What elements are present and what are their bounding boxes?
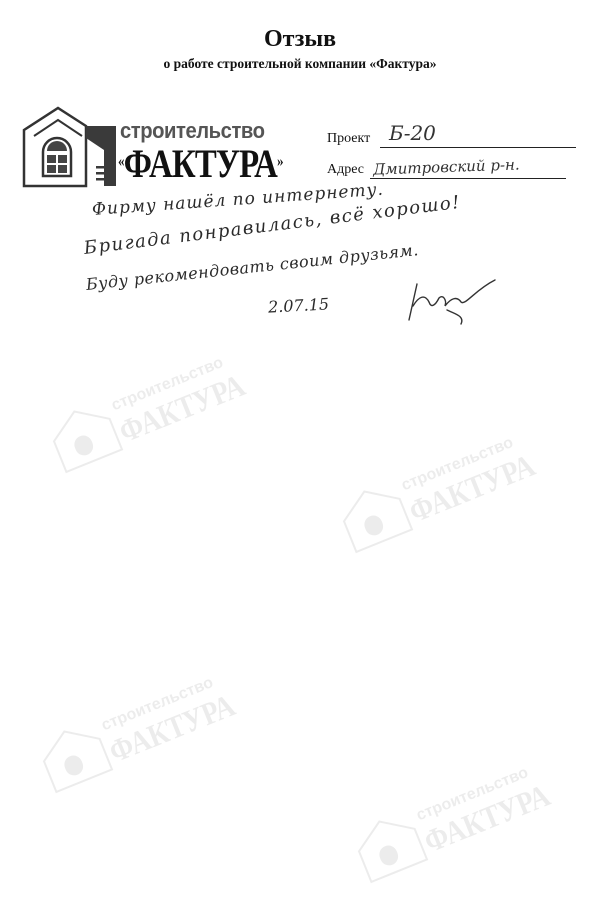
- logo-text-main: «ФАКТУРА»: [118, 144, 283, 184]
- watermark: строительство ФАКТУРА: [40, 394, 129, 480]
- watermark-text-main: ФАКТУРА: [419, 777, 555, 861]
- address-label: Адрес: [327, 162, 364, 178]
- watermark: строительство ФАКТУРА: [345, 804, 434, 890]
- review-date: 2.07.15: [268, 294, 330, 316]
- signature: [395, 276, 505, 326]
- watermark-text-top: строительство: [99, 674, 216, 735]
- address-value: Дмитровский р-н.: [373, 155, 520, 178]
- project-label: Проект: [327, 131, 370, 147]
- watermark-text-main: ФАКТУРА: [114, 367, 250, 451]
- project-underline: [380, 147, 576, 148]
- house-icon: [345, 804, 432, 886]
- house-icon: [40, 394, 127, 476]
- watermark-text-top: строительство: [399, 434, 516, 495]
- house-icon: [20, 104, 120, 190]
- logo-brand-name: ФАКТУРА: [124, 141, 277, 186]
- project-value: Б-20: [389, 121, 436, 145]
- watermark-text-top: строительство: [414, 764, 531, 825]
- watermark-text-main: ФАКТУРА: [104, 687, 240, 771]
- quote-open: «: [118, 153, 124, 170]
- watermark: строительство ФАКТУРА: [30, 714, 119, 800]
- page-subtitle: о работе строительной компании «Фактура»: [0, 56, 600, 72]
- address-underline: [370, 178, 566, 179]
- house-icon: [30, 714, 117, 796]
- company-logo: строительство «ФАКТУРА»: [20, 104, 290, 190]
- page-title: Отзыв: [0, 26, 600, 53]
- watermark-text-top: строительство: [109, 354, 226, 415]
- quote-close: »: [277, 153, 283, 170]
- watermark: строительство ФАКТУРА: [330, 474, 419, 560]
- watermark-text-main: ФАКТУРА: [404, 447, 540, 531]
- house-icon: [330, 474, 417, 556]
